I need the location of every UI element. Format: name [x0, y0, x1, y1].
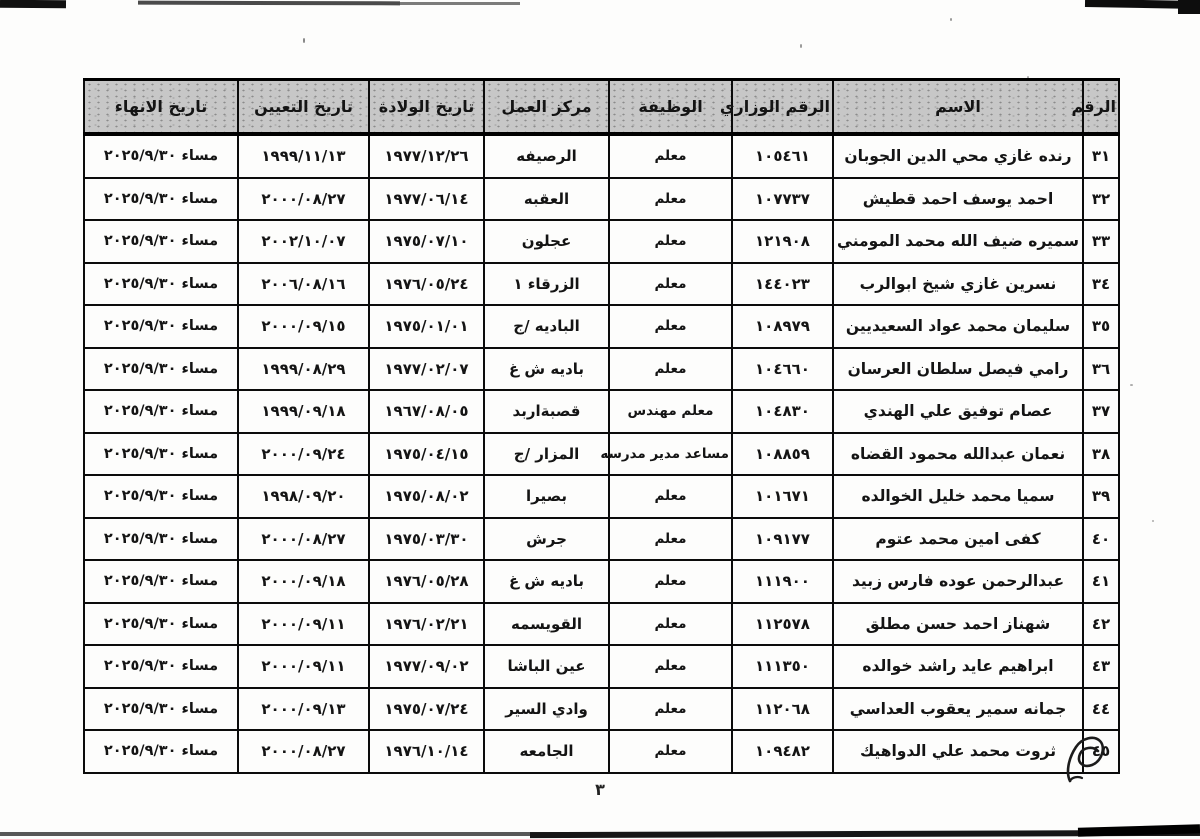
- cell-birth-date: ١٩٧٦/٠٥/٢٨: [369, 560, 484, 603]
- cell-work-center: بصيرا: [484, 475, 609, 518]
- cell-num: ٤٤: [1083, 688, 1119, 731]
- cell-hire-date: ١٩٩٨/٠٩/٢٠: [238, 475, 369, 518]
- cell-ministry-no: ١٠١٦٧١: [732, 475, 833, 518]
- cell-ministry-no: ١٠٨٨٥٩: [732, 433, 833, 476]
- cell-job: معلم: [609, 688, 732, 731]
- cell-ministry-no: ١١٢٠٦٨: [732, 688, 833, 731]
- scan-artifact-top-streak: [400, 2, 520, 5]
- cell-name: رامي فيصل سلطان العرسان: [833, 348, 1083, 391]
- table-row: ٤٣ ابراهيم عايد راشد خوالده ١١١٣٥٠ معلم …: [84, 645, 1119, 688]
- table-row: ٣٢ احمد يوسف احمد قطيش ١٠٧٧٣٧ معلم العقب…: [84, 178, 1119, 221]
- scan-speck: [1152, 520, 1154, 522]
- header-end-date: تاريخ الانهاء: [84, 80, 238, 135]
- cell-hire-date: ٢٠٠٠/٠٩/١١: [238, 603, 369, 646]
- header-hire-date: تاريخ التعيين: [238, 80, 369, 135]
- cell-ministry-no: ١١٢٥٧٨: [732, 603, 833, 646]
- cell-ministry-no: ١٠٥٤٦١: [732, 134, 833, 178]
- cell-name: سليمان محمد عواد السعيديين: [833, 305, 1083, 348]
- cell-work-center: قصبةاربد: [484, 390, 609, 433]
- cell-num: ٣٣: [1083, 220, 1119, 263]
- cell-hire-date: ٢٠٠٦/٠٨/١٦: [238, 263, 369, 306]
- table-row: ٣٨ نعمان عبدالله محمود القضاه ١٠٨٨٥٩ مسا…: [84, 433, 1119, 476]
- table-row: ٤٢ شهناز احمد حسن مطلق ١١٢٥٧٨ معلم القوي…: [84, 603, 1119, 646]
- cell-job: معلم: [609, 645, 732, 688]
- header-ministry-no: الرقم الوزاري: [732, 80, 833, 135]
- cell-hire-date: ٢٠٠٠/٠٩/١٨: [238, 560, 369, 603]
- cell-birth-date: ١٩٧٧/١٢/٢٦: [369, 134, 484, 178]
- table-row: ٣٩ سميا محمد خليل الخوالده ١٠١٦٧١ معلم ب…: [84, 475, 1119, 518]
- cell-birth-date: ١٩٧٦/١٠/١٤: [369, 730, 484, 773]
- table-row: ٣٦ رامي فيصل سلطان العرسان ١٠٤٦٦٠ معلم ب…: [84, 348, 1119, 391]
- cell-job: معلم: [609, 178, 732, 221]
- cell-end-date: مساء ٢٠٢٥/٩/٣٠: [84, 178, 238, 221]
- table-row: ٤٤ جمانه سمير يعقوب العداسي ١١٢٠٦٨ معلم …: [84, 688, 1119, 731]
- cell-work-center: الرصيفه: [484, 134, 609, 178]
- cell-end-date: مساء ٢٠٢٥/٩/٣٠: [84, 220, 238, 263]
- cell-job: معلم مهندس: [609, 390, 732, 433]
- cell-birth-date: ١٩٦٧/٠٨/٠٥: [369, 390, 484, 433]
- cell-ministry-no: ١٠٩٤٨٢: [732, 730, 833, 773]
- cell-name: سميره ضيف الله محمد المومني: [833, 220, 1083, 263]
- header-job: الوظيفة: [609, 80, 732, 135]
- scan-speck: [303, 38, 305, 43]
- scan-artifact-top-left: [0, 0, 66, 8]
- cell-num: ٤٠: [1083, 518, 1119, 561]
- cell-work-center: جرش: [484, 518, 609, 561]
- cell-num: ٣٦: [1083, 348, 1119, 391]
- cell-name: شهناز احمد حسن مطلق: [833, 603, 1083, 646]
- table-row: ٤٥ ثروت محمد علي الدواهيك ١٠٩٤٨٢ معلم ال…: [84, 730, 1119, 773]
- cell-end-date: مساء ٢٠٢٥/٩/٣٠: [84, 560, 238, 603]
- cell-num: ٤٢: [1083, 603, 1119, 646]
- cell-num: ٣٢: [1083, 178, 1119, 221]
- cell-end-date: مساء ٢٠٢٥/٩/٣٠: [84, 305, 238, 348]
- cell-work-center: عجلون: [484, 220, 609, 263]
- cell-ministry-no: ١٤٤٠٢٣: [732, 263, 833, 306]
- cell-work-center: القويسمه: [484, 603, 609, 646]
- header-birth-date: تاريخ الولادة: [369, 80, 484, 135]
- cell-end-date: مساء ٢٠٢٥/٩/٣٠: [84, 433, 238, 476]
- cell-birth-date: ١٩٧٧/٠٦/١٤: [369, 178, 484, 221]
- cell-hire-date: ٢٠٠٠/٠٩/١٣: [238, 688, 369, 731]
- cell-ministry-no: ١٠٨٩٧٩: [732, 305, 833, 348]
- cell-hire-date: ٢٠٠٠/٠٩/٢٤: [238, 433, 369, 476]
- cell-name: سميا محمد خليل الخوالده: [833, 475, 1083, 518]
- cell-hire-date: ٢٠٠٠/٠٨/٢٧: [238, 178, 369, 221]
- cell-ministry-no: ١٢١٩٠٨: [732, 220, 833, 263]
- header-num: الرقم: [1083, 80, 1119, 135]
- cell-end-date: مساء ٢٠٢٥/٩/٣٠: [84, 518, 238, 561]
- cell-end-date: مساء ٢٠٢٥/٩/٣٠: [84, 730, 238, 773]
- scan-speck: [950, 18, 952, 21]
- cell-name: ثروت محمد علي الدواهيك: [833, 730, 1083, 773]
- cell-birth-date: ١٩٧٥/٠٧/١٠: [369, 220, 484, 263]
- header-name: الاسم: [833, 80, 1083, 135]
- cell-birth-date: ١٩٧٥/٠٨/٠٢: [369, 475, 484, 518]
- scan-artifact-bottom-line: [0, 832, 1200, 836]
- cell-name: عبدالرحمن عوده فارس زبيد: [833, 560, 1083, 603]
- scan-artifact-bottom-line: [1078, 824, 1200, 836]
- cell-job: معلم: [609, 220, 732, 263]
- cell-ministry-no: ١٠٧٧٣٧: [732, 178, 833, 221]
- cell-birth-date: ١٩٧٥/٠٧/٢٤: [369, 688, 484, 731]
- cell-num: ٤١: [1083, 560, 1119, 603]
- cell-work-center: العقبه: [484, 178, 609, 221]
- cell-num: ٣٥: [1083, 305, 1119, 348]
- cell-hire-date: ٢٠٠٠/٠٩/١١: [238, 645, 369, 688]
- cell-end-date: مساء ٢٠٢٥/٩/٣٠: [84, 603, 238, 646]
- cell-name: جمانه سمير يعقوب العداسي: [833, 688, 1083, 731]
- cell-hire-date: ٢٠٠٠/٠٨/٢٧: [238, 518, 369, 561]
- cell-job: معلم: [609, 263, 732, 306]
- cell-birth-date: ١٩٧٦/٠٥/٢٤: [369, 263, 484, 306]
- table-body: ٣١ رنده غازي محي الدين الجوبان ١٠٥٤٦١ مع…: [84, 134, 1119, 773]
- cell-birth-date: ١٩٧٧/٠٢/٠٧: [369, 348, 484, 391]
- cell-name: نسرين غازي شيخ ابوالرب: [833, 263, 1083, 306]
- cell-birth-date: ١٩٧٥/٠٣/٣٠: [369, 518, 484, 561]
- cell-end-date: مساء ٢٠٢٥/٩/٣٠: [84, 688, 238, 731]
- cell-end-date: مساء ٢٠٢٥/٩/٣٠: [84, 348, 238, 391]
- scan-artifact-bottom-line: [530, 830, 1200, 838]
- cell-ministry-no: ١٠٤٨٣٠: [732, 390, 833, 433]
- cell-hire-date: ٢٠٠٠/٠٩/١٥: [238, 305, 369, 348]
- scan-speck: [800, 44, 802, 48]
- cell-hire-date: ٢٠٠٢/١٠/٠٧: [238, 220, 369, 263]
- cell-hire-date: ١٩٩٩/٠٨/٢٩: [238, 348, 369, 391]
- cell-end-date: مساء ٢٠٢٥/٩/٣٠: [84, 263, 238, 306]
- cell-job: معلم: [609, 518, 732, 561]
- cell-work-center: باديه ش غ: [484, 560, 609, 603]
- cell-name: ابراهيم عايد راشد خوالده: [833, 645, 1083, 688]
- cell-job: معلم: [609, 305, 732, 348]
- cell-work-center: وادي السير: [484, 688, 609, 731]
- cell-name: عصام توفيق علي الهندي: [833, 390, 1083, 433]
- table-row: ٤١ عبدالرحمن عوده فارس زبيد ١١١٩٠٠ معلم …: [84, 560, 1119, 603]
- cell-birth-date: ١٩٧٥/٠٤/١٥: [369, 433, 484, 476]
- cell-name: احمد يوسف احمد قطيش: [833, 178, 1083, 221]
- scan-speck: [1130, 384, 1133, 386]
- cell-birth-date: ١٩٧٦/٠٢/٢١: [369, 603, 484, 646]
- cell-job: معلم: [609, 348, 732, 391]
- header-work-center: مركز العمل: [484, 80, 609, 135]
- cell-num: ٣١: [1083, 134, 1119, 178]
- cell-end-date: مساء ٢٠٢٥/٩/٣٠: [84, 475, 238, 518]
- table-row: ٣٣ سميره ضيف الله محمد المومني ١٢١٩٠٨ مع…: [84, 220, 1119, 263]
- cell-ministry-no: ١٠٩١٧٧: [732, 518, 833, 561]
- cell-work-center: الجامعه: [484, 730, 609, 773]
- cell-job: معلم: [609, 560, 732, 603]
- handwritten-signature-mark: [1056, 733, 1114, 785]
- cell-work-center: باديه ش غ: [484, 348, 609, 391]
- table-row: ٣١ رنده غازي محي الدين الجوبان ١٠٥٤٦١ مع…: [84, 134, 1119, 178]
- cell-end-date: مساء ٢٠٢٥/٩/٣٠: [84, 390, 238, 433]
- cell-num: ٣٩: [1083, 475, 1119, 518]
- scanned-document-page: الرقم الاسم الرقم الوزاري الوظيفة مركز ا…: [0, 0, 1200, 839]
- cell-end-date: مساء ٢٠٢٥/٩/٣٠: [84, 134, 238, 178]
- cell-birth-date: ١٩٧٥/٠١/٠١: [369, 305, 484, 348]
- cell-name: نعمان عبدالله محمود القضاه: [833, 433, 1083, 476]
- cell-num: ٤٣: [1083, 645, 1119, 688]
- cell-ministry-no: ١٠٤٦٦٠: [732, 348, 833, 391]
- cell-work-center: عين الباشا: [484, 645, 609, 688]
- cell-hire-date: ٢٠٠٠/٠٨/٢٧: [238, 730, 369, 773]
- cell-job: معلم: [609, 134, 732, 178]
- table-row: ٣٧ عصام توفيق علي الهندي ١٠٤٨٣٠ معلم مهن…: [84, 390, 1119, 433]
- cell-job: معلم: [609, 730, 732, 773]
- cell-num: ٣٧: [1083, 390, 1119, 433]
- cell-work-center: الباديه /ج: [484, 305, 609, 348]
- cell-job: معلم: [609, 603, 732, 646]
- scan-artifact-top-streak: [138, 1, 400, 6]
- table-row: ٣٤ نسرين غازي شيخ ابوالرب ١٤٤٠٢٣ معلم ال…: [84, 263, 1119, 306]
- cell-ministry-no: ١١١٣٥٠: [732, 645, 833, 688]
- cell-job: مساعد مدير مدرسه: [609, 433, 732, 476]
- table-row: ٤٠ كفى امين محمد عتوم ١٠٩١٧٧ معلم جرش ١٩…: [84, 518, 1119, 561]
- scan-artifact-top-right: [1178, 0, 1200, 14]
- employees-table: الرقم الاسم الرقم الوزاري الوظيفة مركز ا…: [83, 78, 1120, 774]
- cell-num: ٣٨: [1083, 433, 1119, 476]
- cell-ministry-no: ١١١٩٠٠: [732, 560, 833, 603]
- cell-hire-date: ١٩٩٩/١١/١٣: [238, 134, 369, 178]
- cell-num: ٣٤: [1083, 263, 1119, 306]
- table-row: ٣٥ سليمان محمد عواد السعيديين ١٠٨٩٧٩ معل…: [84, 305, 1119, 348]
- cell-work-center: المزار /ج: [484, 433, 609, 476]
- cell-end-date: مساء ٢٠٢٥/٩/٣٠: [84, 645, 238, 688]
- cell-hire-date: ١٩٩٩/٠٩/١٨: [238, 390, 369, 433]
- cell-job: معلم: [609, 475, 732, 518]
- cell-name: كفى امين محمد عتوم: [833, 518, 1083, 561]
- scan-artifact-top-right: [1085, 0, 1200, 9]
- cell-work-center: الزرقاء ١: [484, 263, 609, 306]
- cell-birth-date: ١٩٧٧/٠٩/٠٢: [369, 645, 484, 688]
- cell-name: رنده غازي محي الدين الجوبان: [833, 134, 1083, 178]
- table-header-row: الرقم الاسم الرقم الوزاري الوظيفة مركز ا…: [84, 80, 1119, 135]
- page-number: ٣: [588, 780, 612, 799]
